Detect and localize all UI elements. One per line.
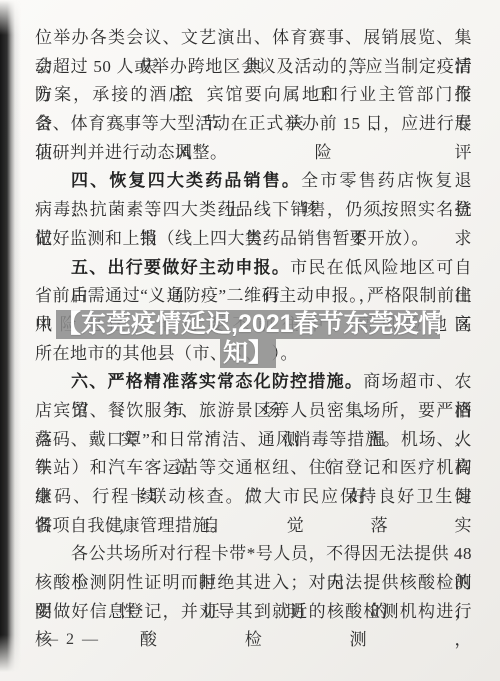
text-line: 位举办各类会议、文艺演出、体育赛事、展销展览、集会庆典等活 (35, 24, 472, 53)
text-line: 铁站）和汽车客运站等交通枢纽、住宿登记和医疗机构继续做好健 (35, 454, 472, 483)
section-heading: 四、恢复四大类药品销售。 (71, 171, 301, 190)
watermark-banner: 【东莞疫情延迟,2021春节东莞疫情通知】 (56, 310, 440, 368)
watermark-title-line1: 【东莞疫情延迟,2021春节东莞疫情通 (56, 310, 440, 339)
text-line: 各公共场所对行程卡带*号人员，不得因无法提供 48 小时内的 (35, 540, 472, 569)
text-line: 四、恢复四大类药品销售。全市零售药店恢复退热、止咳、抗 (35, 167, 472, 196)
left-binding-shadow (0, 0, 22, 681)
text-line: 病毒、抗菌素等四大类药品线下销售，仍须按照实名登记销售要求 (35, 196, 472, 225)
text-line: 动超过 50 人或举办跨地区会议及活动的，应当制定疫情防控工作 (35, 53, 472, 82)
text-line: 康码、行程卡联动核查。广大市民应保持良好卫生习惯，自觉落实 (35, 483, 472, 512)
text-line: 亮码、戴口罩”和日常清洁、通风消毒等措施。机场、火车站（高 (35, 426, 472, 455)
text-line: 核酸检测阴性证明而拒绝其进入；对无法提供核酸检测阴性证明的， (35, 569, 472, 598)
text-line: 会、体育赛事等大型活动在正式举办前 15 日，应进行专项风险评 (35, 110, 472, 139)
text-line: 店宾馆、餐饮服务、旅游景区等人员密集场所，要严格落实“测温、 (35, 397, 472, 426)
text-line: 要做好信息登记，并劝导其到就近的核酸检测机构进行核酸检测， (35, 598, 472, 627)
section-heading: 六、严格精准落实常态化防控措施。 (71, 372, 363, 391)
text-line: 做好监测和上报（线上四大类药品销售暂不开放）。 (35, 225, 472, 254)
watermark-title-line2: 知】 (220, 339, 276, 368)
scanned-document-page: 位举办各类会议、文艺演出、体育赛事、展销展览、集会庆典等活动超过 50 人或举办… (0, 0, 500, 681)
text-line: 五、出行要做好主动申报。市民在低风险地区可自由通行，出 (35, 254, 472, 283)
section-heading: 五、出行要做好主动申报。 (71, 258, 290, 277)
text-line: 方案，承接的酒店、宾馆要向属地和行业主管部门报备。节庆、展 (35, 81, 472, 110)
text-line: 省前后需通过“义乌防疫”二维码主动申报。严格限制前往中、高 (35, 282, 472, 311)
page-number: — 2 — (42, 631, 100, 649)
text-line: 六、严格精准落实常态化防控措施。商场超市、农贸市场、酒 (35, 368, 472, 397)
